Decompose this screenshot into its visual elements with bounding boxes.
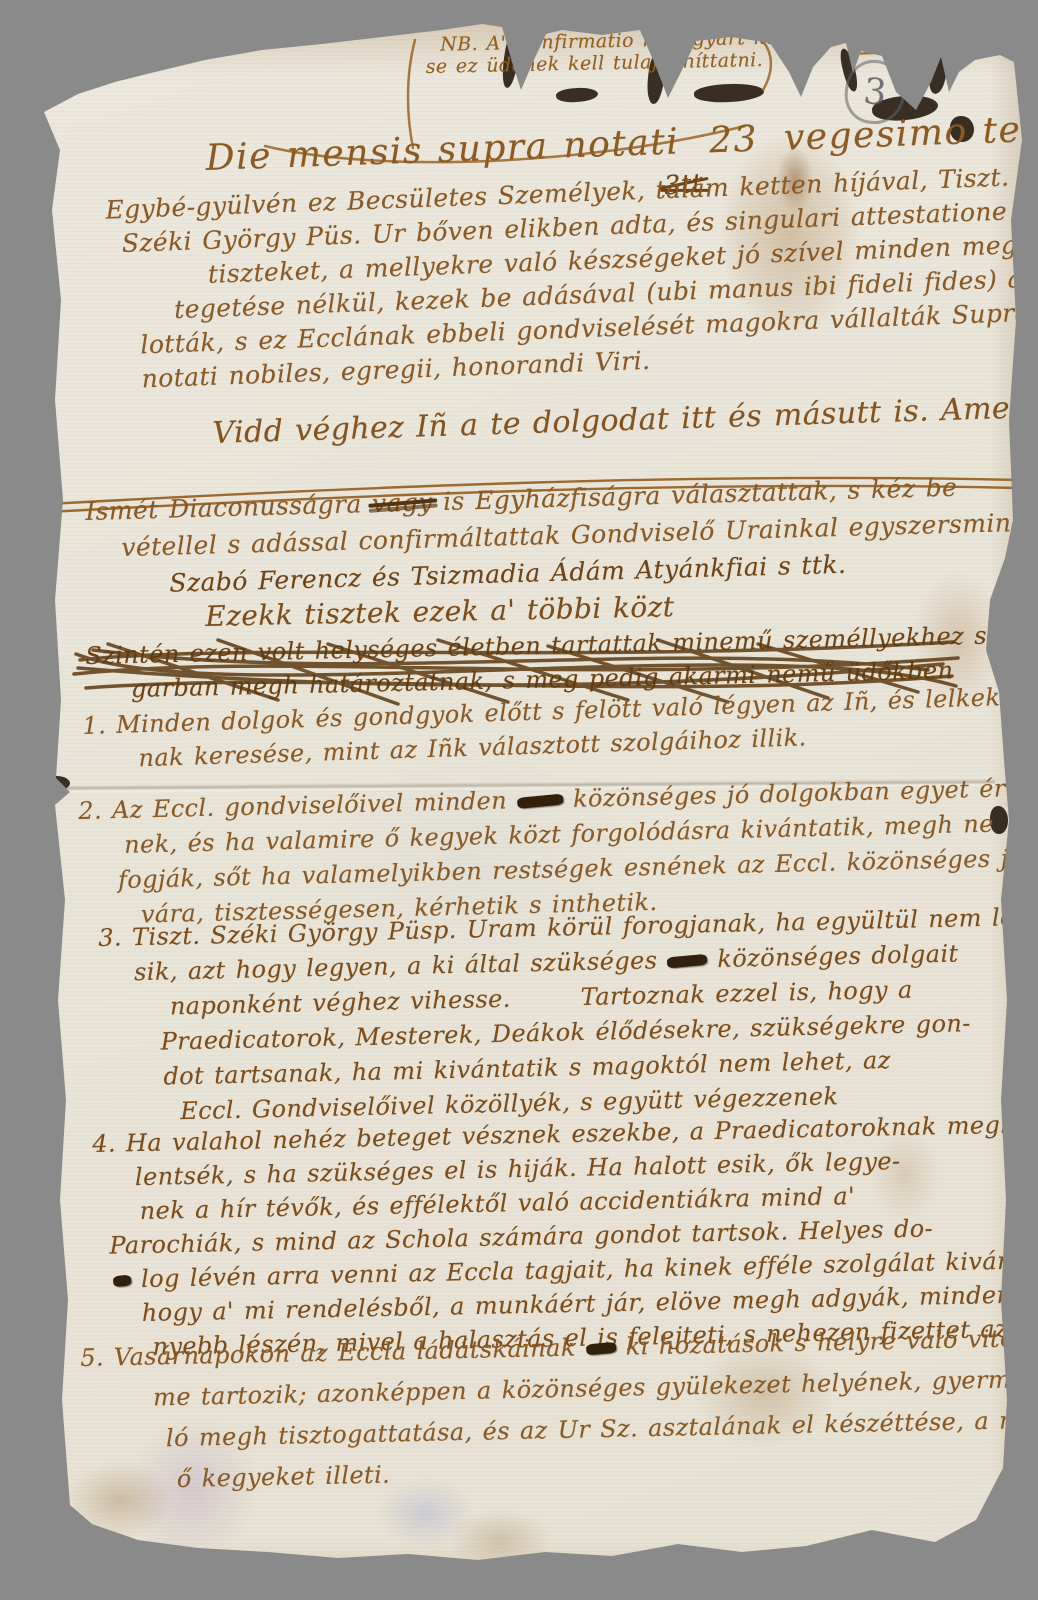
ink-blot (113, 1275, 132, 1288)
line-fragment: közönséges jó dolgokban egyet értse- (573, 773, 1038, 813)
line-gap (511, 1005, 581, 1007)
manuscript-page: NB. A' Confirmatio mindgyárt követte az … (0, 0, 1038, 1600)
opening-paragraph: Egybé-gyülvén ez Becsületes Személyek, t… (95, 159, 1038, 400)
date-number: 23 (708, 119, 758, 162)
item-5: 5. Vasárnapokon az Eccla ládátskáinakki … (80, 1320, 1038, 1508)
ink-blot (585, 1342, 616, 1356)
ink-blot (667, 954, 708, 969)
ink-blot (517, 794, 564, 809)
scan-background: NB. A' Confirmatio mindgyárt követte az … (0, 0, 1038, 1600)
item-3: 3. Tiszt. Széki György Püsp. Uram körül … (98, 901, 1038, 1134)
struck-word: vagy (372, 487, 434, 518)
tear-shadow (44, 776, 70, 790)
amen-line: Vidd véghez Iñ a te dolgodat itt és másu… (212, 390, 1038, 451)
line-fragment: közönséges dolgait (717, 939, 959, 972)
page-number: 3 (861, 70, 888, 113)
header-note-line: NB. A' Confirmatio mindgyárt követte az … (440, 23, 938, 55)
line-fragment: 2. Az Eccl. gondviselőivel minden (78, 787, 507, 825)
